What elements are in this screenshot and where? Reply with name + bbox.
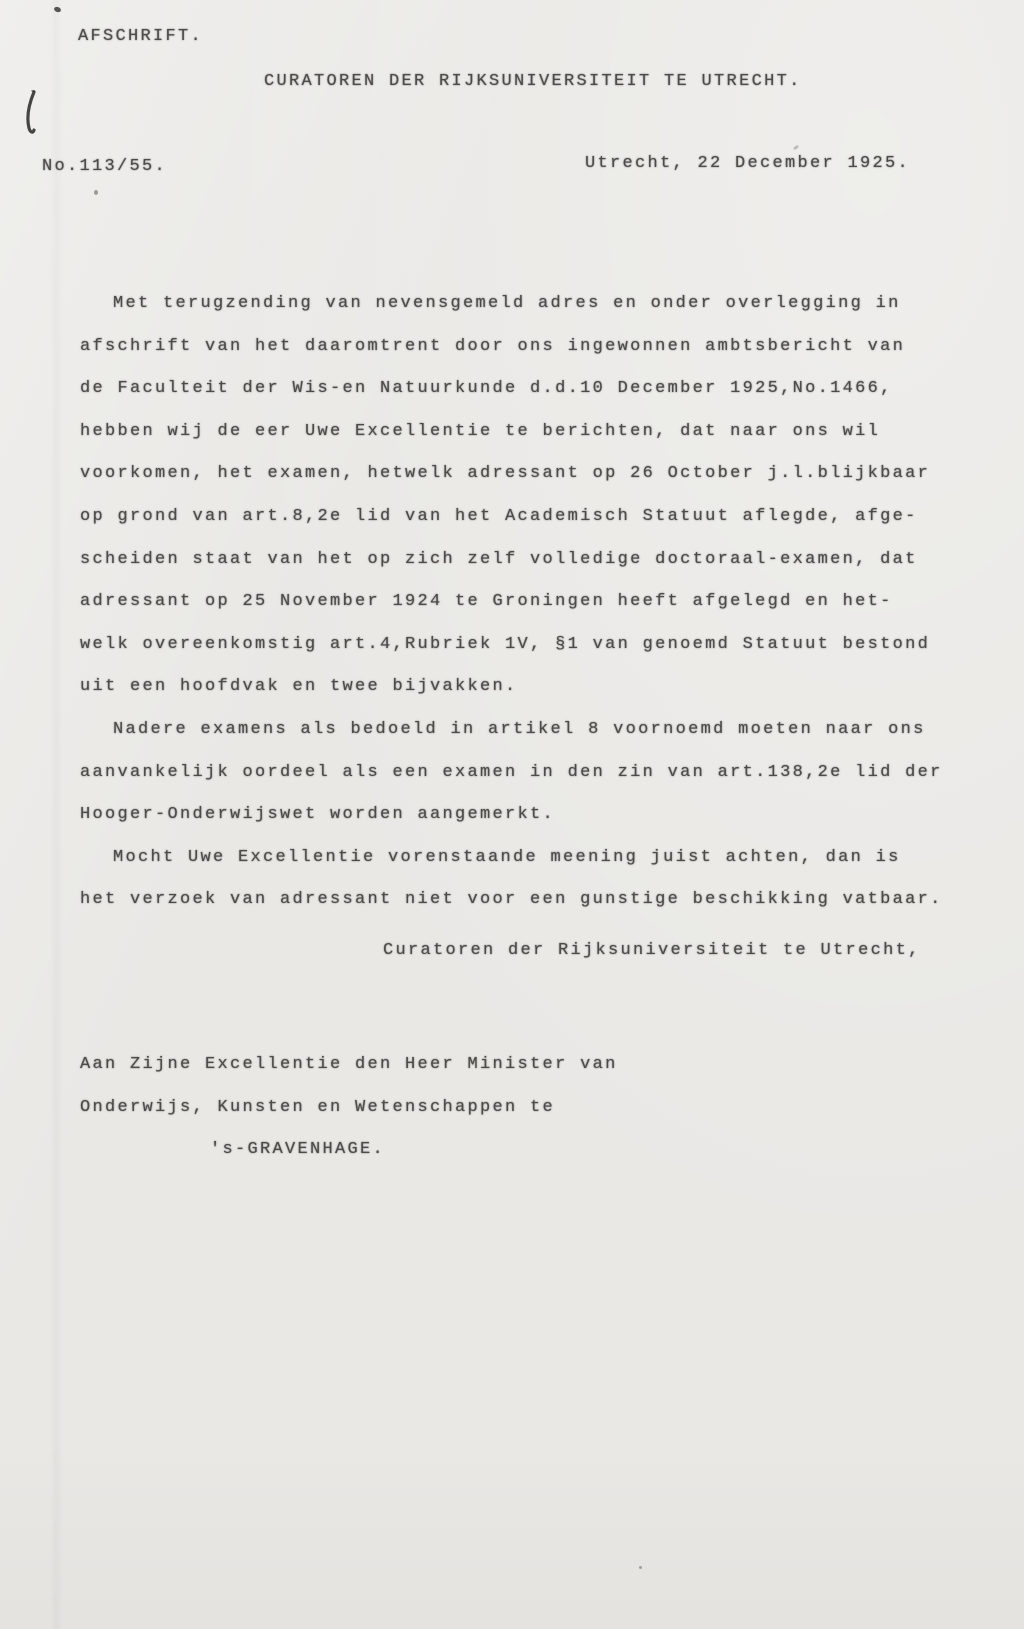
body-line: Met terugzending van nevensgemeld adres … bbox=[80, 283, 960, 326]
dateline: Utrecht, 22 December 1925. bbox=[585, 154, 910, 173]
body-line: aanvankelijk oordeel als een examen in d… bbox=[80, 752, 960, 795]
reference-number: No.113/55. bbox=[42, 157, 167, 176]
organization-heading: CURATOREN DER RIJKSUNIVERSITEIT TE UTREC… bbox=[264, 72, 802, 91]
ink-speck bbox=[639, 1566, 642, 1569]
body-line: de Faculteit der Wis-en Natuurkunde d.d.… bbox=[80, 368, 960, 411]
body-line: afschrift van het daaromtrent door ons i… bbox=[80, 326, 960, 369]
body-line: Hooger-Onderwijswet worden aangemerkt. bbox=[80, 794, 960, 837]
body-line: welk overeenkomstig art.4,Rubriek 1V, §1… bbox=[80, 624, 960, 667]
addressee-line: 's-GRAVENHAGE. bbox=[80, 1129, 618, 1172]
body-line: hebben wij de eer Uwe Excellentie te ber… bbox=[80, 411, 960, 454]
ink-speck bbox=[94, 190, 98, 195]
body-line: op grond van art.8,2e lid van het Academ… bbox=[80, 496, 960, 539]
body-line: voorkomen, het examen, hetwelk adressant… bbox=[80, 453, 960, 496]
pen-stroke-mark bbox=[20, 90, 50, 150]
scanned-letter-page: AFSCHRIFT. CURATOREN DER RIJKSUNIVERSITE… bbox=[0, 0, 1024, 1629]
ink-speck bbox=[53, 6, 61, 13]
body-line: Mocht Uwe Excellentie vorenstaande meeni… bbox=[80, 837, 960, 880]
body-line: scheiden staat van het op zich zelf voll… bbox=[80, 539, 960, 582]
signature-line: Curatoren der Rijksuniversiteit te Utrec… bbox=[383, 941, 921, 960]
addressee-block: Aan Zijne Excellentie den Heer Minister … bbox=[80, 1044, 618, 1172]
addressee-line: Aan Zijne Excellentie den Heer Minister … bbox=[80, 1044, 618, 1087]
body-line: het verzoek van adressant niet voor een … bbox=[80, 879, 960, 922]
copy-label: AFSCHRIFT. bbox=[78, 27, 203, 46]
ink-speck bbox=[793, 145, 800, 151]
body-line: adressant op 25 November 1924 te Groning… bbox=[80, 581, 960, 624]
body-line: Nadere examens als bedoeld in artikel 8 … bbox=[80, 709, 960, 752]
letter-body: Met terugzending van nevensgemeld adres … bbox=[80, 283, 960, 922]
body-line: uit een hoofdvak en twee bijvakken. bbox=[80, 666, 960, 709]
addressee-line: Onderwijs, Kunsten en Wetenschappen te bbox=[80, 1087, 618, 1130]
